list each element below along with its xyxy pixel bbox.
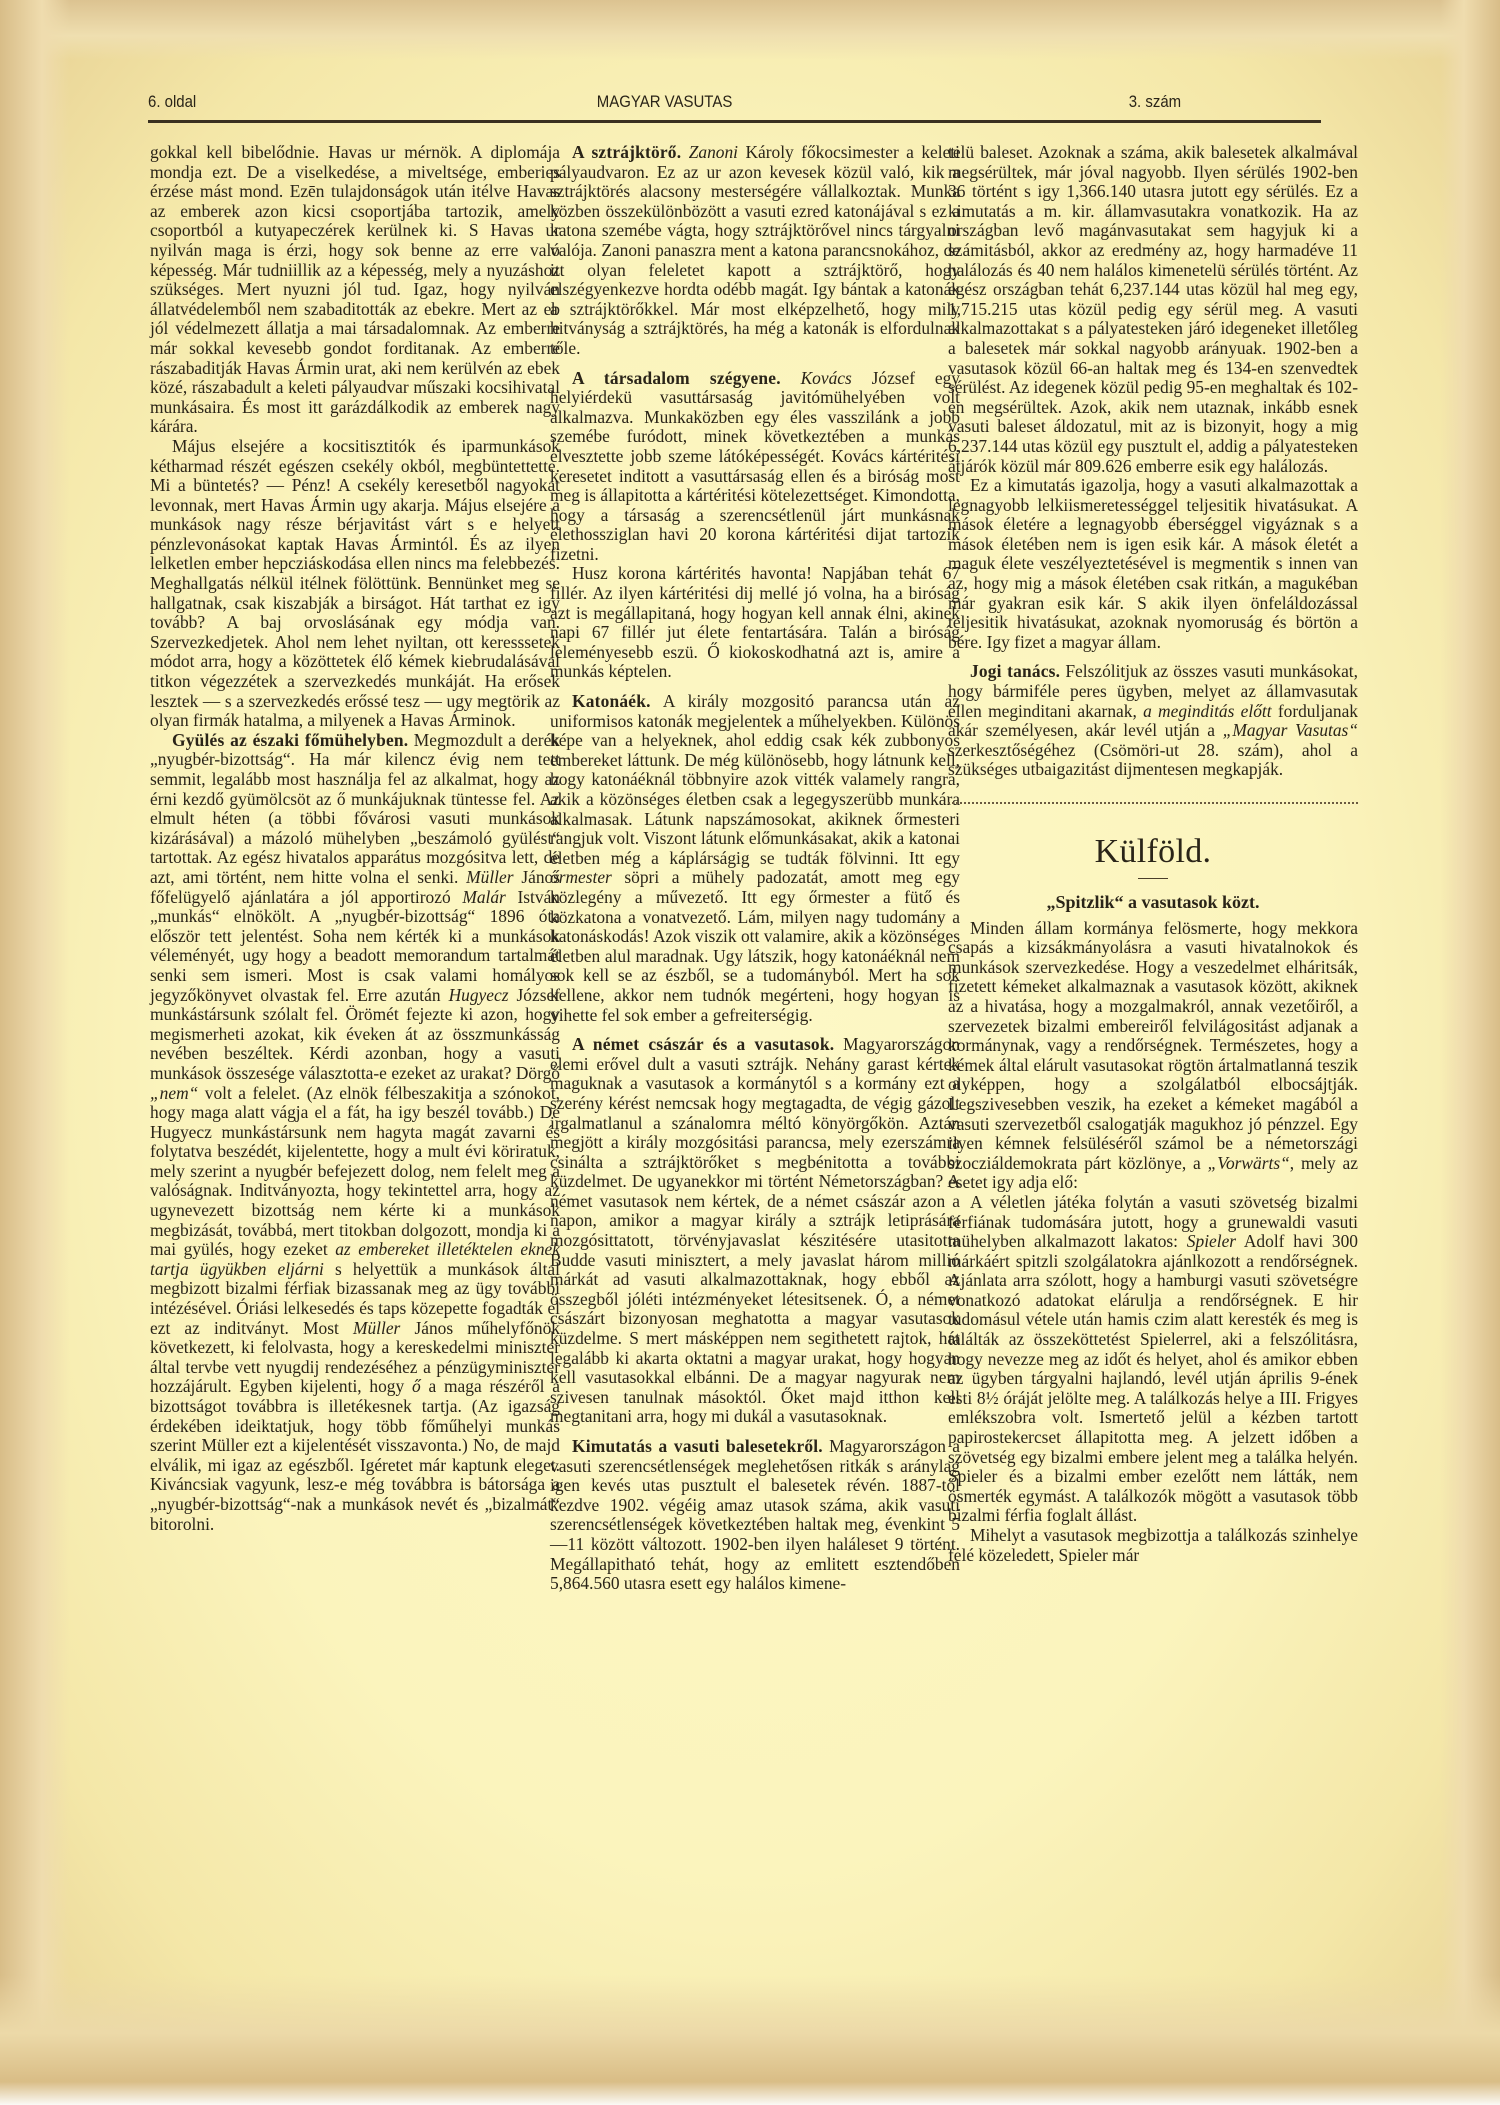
article-paragraph: telü baleset. Azoknak a száma, akik bale… <box>948 143 1358 476</box>
article-paragraph: Mihelyt a vasutasok megbizottja a találk… <box>948 1526 1358 1565</box>
article-heading: Katonáék. <box>572 691 651 711</box>
column-1: gokkal kell bibelődnie. Havas ur mérnök.… <box>150 143 560 1534</box>
article-paragraph: gokkal kell bibelődnie. Havas ur mérnök.… <box>150 143 560 437</box>
page-edge-top <box>0 0 1500 60</box>
article-subtitle: „Spitzlik“ a vasutasok közt. <box>948 893 1358 913</box>
page-edge-bottom <box>0 1975 1500 2105</box>
column-2: A sztrájktörő. Zanoni Károly főkocsimest… <box>550 143 960 1594</box>
article-heading: Gyülés az északi főmühelyben. <box>172 730 408 750</box>
page-header: 6. oldal MAGYAR VASUTAS 3. szám <box>148 88 1181 118</box>
article-jogi-tanacs: Jogi tanács. Felszólitjuk az összes vasu… <box>948 662 1358 780</box>
header-rule <box>148 120 1321 123</box>
article-heading: Kimutatás a vasuti balesetekről. <box>572 1436 823 1456</box>
article-heading: A sztrájktörő. <box>572 142 681 162</box>
article-sztrajktoro: A sztrájktörő. Zanoni Károly főkocsimest… <box>550 143 960 359</box>
article-heading: A német császár és a vasutasok. <box>572 1034 834 1054</box>
article-heading: Jogi tanács. <box>970 661 1060 681</box>
article-paragraph: Minden állam kormánya felösmerte, hogy m… <box>948 919 1358 1193</box>
title-rule <box>1138 878 1168 879</box>
article-paragraph: Május elsejére a kocsitisztitók és iparm… <box>150 437 560 731</box>
page-edge-left <box>0 0 70 2105</box>
column-3: telü baleset. Azoknak a száma, akik bale… <box>948 143 1358 1565</box>
article-katonaek: Katonáék. A király mozgositó parancsa ut… <box>550 692 960 1025</box>
page-edge-right <box>1440 0 1500 2105</box>
masthead-title: MAGYAR VASUTAS <box>148 92 1181 112</box>
issue-number: 3. szám <box>1129 92 1181 112</box>
article-heading: A társadalom szégyene. <box>572 368 781 388</box>
article-nemet-csaszar: A német császár és a vasutasok. Magyaror… <box>550 1035 960 1427</box>
article-paragraph: Husz korona kártérités havonta! Napjában… <box>550 564 960 682</box>
article-gyules: Gyülés az északi főmühelyben. Megmozdult… <box>150 731 560 1534</box>
article-kimutatas: Kimutatás a vasuti balesetekről. Magyaro… <box>550 1437 960 1594</box>
article-tarsadalom: A társadalom szégyene. Kovács József egy… <box>550 369 960 565</box>
article-paragraph: A véletlen játéka folytán a vasuti szöve… <box>948 1193 1358 1526</box>
section-divider <box>948 802 1358 804</box>
section-title-kulfold: Külföld. <box>948 832 1358 872</box>
article-paragraph: Ez a kimutatás igazolja, hogy a vasuti a… <box>948 476 1358 652</box>
